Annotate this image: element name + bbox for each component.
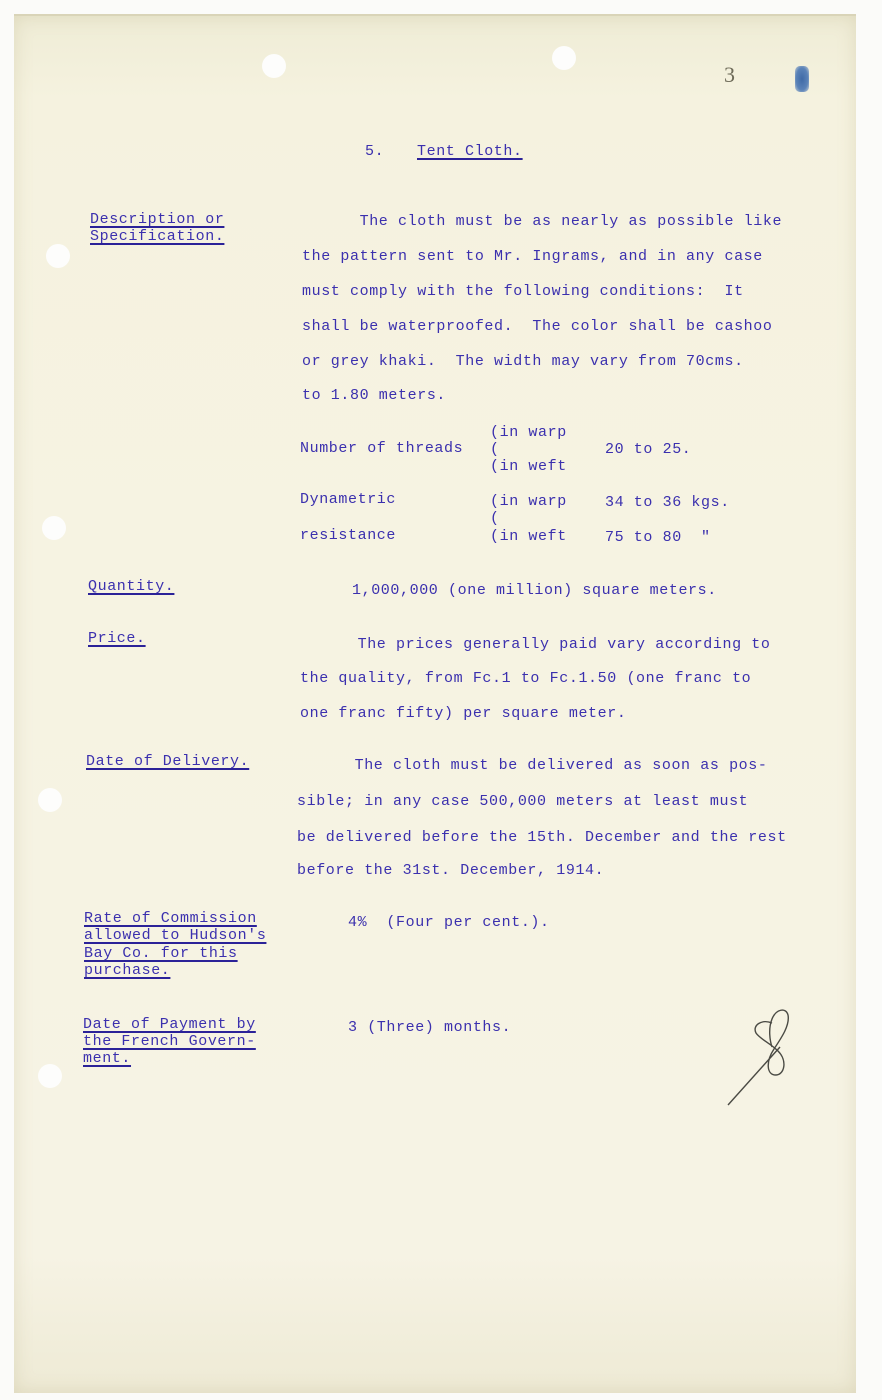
resistance-label: resistance	[300, 527, 396, 544]
heading-number: 5.	[365, 143, 384, 160]
payment-label-line2: the French Govern-	[83, 1033, 256, 1050]
description-label-line2: Specification.	[90, 228, 224, 245]
delivery-body-line: be delivered before the 15th. December a…	[297, 829, 787, 846]
signature-initial-icon	[722, 1005, 802, 1110]
threads-value: 20 to 25.	[605, 441, 691, 458]
dynametric-weft: (in weft	[490, 528, 567, 545]
delivery-body-line: The cloth must be delivered as soon as p…	[297, 757, 767, 774]
punch-hole	[552, 46, 576, 70]
quantity-label: Quantity.	[88, 578, 174, 595]
punch-hole	[42, 516, 66, 540]
dynametric-label: Dynametric	[300, 491, 396, 508]
delivery-body-line: sible; in any case 500,000 meters at lea…	[297, 793, 748, 810]
quantity-body: 1,000,000 (one million) square meters.	[352, 582, 717, 599]
dynametric-brace: (	[490, 510, 500, 527]
commission-label-line4: purchase.	[84, 962, 170, 979]
price-body-line: The prices generally paid vary according…	[300, 636, 770, 653]
commission-label-line2: allowed to Hudson's	[84, 927, 266, 944]
delivery-body-line: before the 31st. December, 1914.	[297, 862, 604, 879]
description-label-line1: Description or	[90, 211, 224, 228]
threads-label: Number of threads	[300, 440, 463, 457]
punch-hole	[38, 1064, 62, 1088]
commission-label-line1: Rate of Commission	[84, 910, 257, 927]
description-body-line: must comply with the following condition…	[302, 283, 744, 300]
description-body-line: or grey khaki. The width may vary from 7…	[302, 353, 744, 370]
commission-body: 4% (Four per cent.).	[348, 914, 550, 931]
threads-brace: (	[490, 441, 500, 458]
price-body-line: one franc fifty) per square meter.	[300, 705, 626, 722]
page-number: 3	[724, 62, 735, 88]
punch-hole	[38, 788, 62, 812]
pencil-mark-icon	[795, 66, 809, 92]
heading-title: Tent Cloth.	[417, 143, 523, 160]
punch-hole	[46, 244, 70, 268]
threads-warp: (in warp	[490, 424, 567, 441]
punch-hole	[262, 54, 286, 78]
price-body-line: the quality, from Fc.1 to Fc.1.50 (one f…	[300, 670, 751, 687]
description-body-line: to 1.80 meters.	[302, 387, 446, 404]
dynametric-warp-value: 34 to 36 kgs.	[605, 494, 730, 511]
payment-body: 3 (Three) months.	[348, 1019, 511, 1036]
price-label: Price.	[88, 630, 146, 647]
description-body-line: the pattern sent to Mr. Ingrams, and in …	[302, 248, 763, 265]
description-body-line: shall be waterproofed. The color shall b…	[302, 318, 772, 335]
dynametric-weft-value: 75 to 80 "	[605, 529, 711, 546]
threads-weft: (in weft	[490, 458, 567, 475]
payment-label-line3: ment.	[83, 1050, 131, 1067]
dynametric-warp: (in warp	[490, 493, 567, 510]
commission-label-line3: Bay Co. for this	[84, 945, 238, 962]
payment-label-line1: Date of Payment by	[83, 1016, 256, 1033]
description-body-line: The cloth must be as nearly as possible …	[302, 213, 782, 230]
delivery-label: Date of Delivery.	[86, 753, 249, 770]
